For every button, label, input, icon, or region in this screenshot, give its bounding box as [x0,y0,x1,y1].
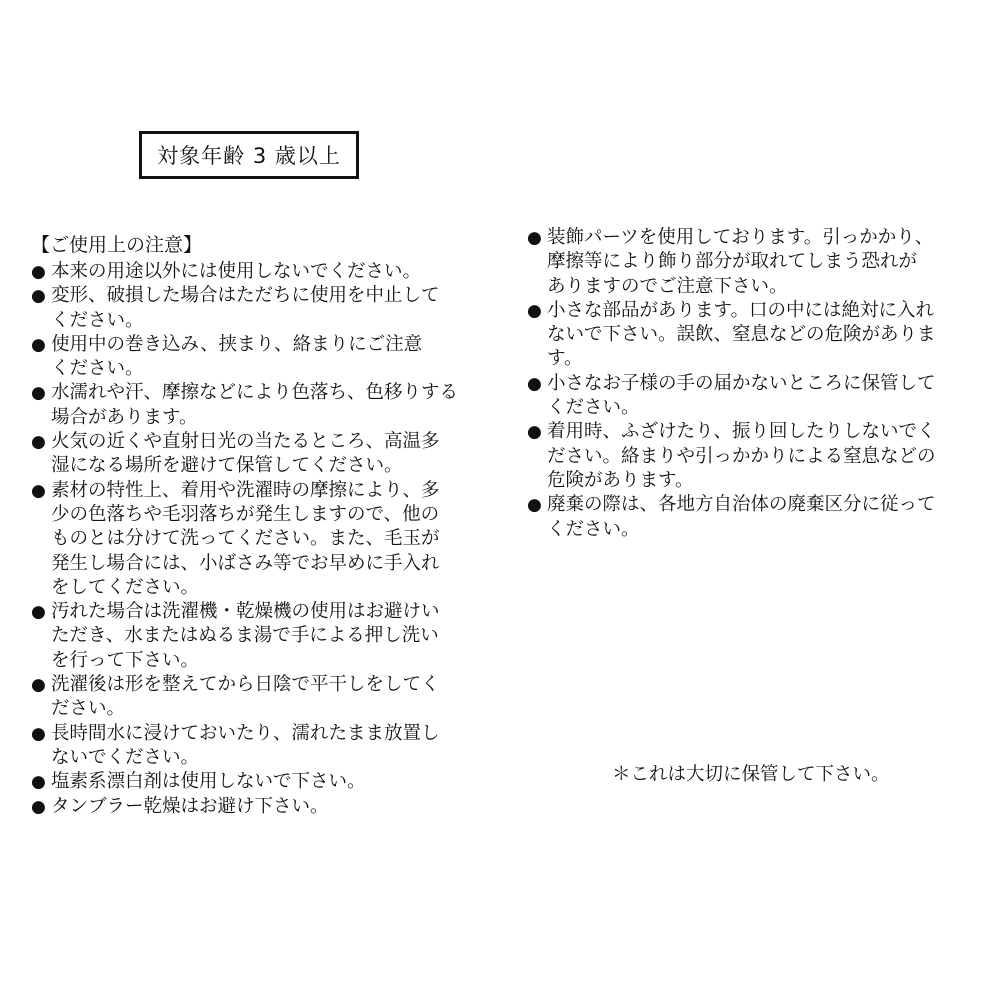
caution-text: 洗濯後は形を整えてから日陰で平干しをしてく ださい。 [51,673,440,722]
caution-text: 使用中の巻き込み、挟まり、絡まりにご注意 ください。 [51,333,422,382]
caution-item: ●変形、破損した場合はただちに使用を中止して ください。 [31,284,501,333]
caution-text: 廃棄の際は、各地方自治体の廃棄区分に従って ください。 [547,493,936,542]
bullet-icon: ● [527,420,547,493]
caution-item: ●使用中の巻き込み、挟まり、絡まりにご注意 ください。 [31,333,501,382]
caution-item: ●火気の近くや直射日光の当たるところ、高温多 湿になる場所を避けて保管してくださ… [31,430,501,479]
caution-item: ●水濡れや汗、摩擦などにより色落ち、色移りする 場合があります。 [31,381,501,430]
caution-item: ●タンブラー乾燥はお避け下さい。 [31,795,501,819]
bullet-icon: ● [31,722,51,771]
cautions-left-column: 【ご使用上の注意】 ●本来の用途以外には使用しないでください。●変形、破損した場… [31,232,501,819]
cautions-right-column: ●装飾パーツを使用しております。引っかかり、 摩擦等により飾り部分が取れてしまう… [527,226,987,542]
caution-text: 長時間水に浸けておいたり、濡れたまま放置し ないでください。 [51,722,440,771]
bullet-icon: ● [31,260,51,284]
right-list: ●装飾パーツを使用しております。引っかかり、 摩擦等により飾り部分が取れてしまう… [527,226,987,542]
section-heading: 【ご使用上の注意】 [31,232,501,258]
bullet-icon: ● [31,600,51,673]
caution-text: 変形、破損した場合はただちに使用を中止して ください。 [51,284,440,333]
caution-item: ●洗濯後は形を整えてから日陰で平干しをしてく ださい。 [31,673,501,722]
bullet-icon: ● [527,226,547,299]
bullet-icon: ● [31,479,51,600]
caution-item: ●長時間水に浸けておいたり、濡れたまま放置し ないでください。 [31,722,501,771]
caution-text: 着用時、ふざけたり、振り回したりしないでく ださい。絡まりや引っかかりによる窒息… [547,420,936,493]
caution-item: ●塩素系漂白剤は使用しないで下さい。 [31,770,501,794]
caution-text: タンブラー乾燥はお避け下さい。 [51,795,329,819]
target-age-label: 対象年齢 3 歳以上 [157,140,341,170]
bullet-icon: ● [527,299,547,372]
target-age-box: 対象年齢 3 歳以上 [139,131,359,179]
footnote: ＊これは大切に保管して下さい。 [612,760,890,786]
caution-text: 塩素系漂白剤は使用しないで下さい。 [51,770,366,794]
caution-item: ●汚れた場合は洗濯機・乾燥機の使用はお避けい ただき、水またはぬるま湯で手による… [31,600,501,673]
caution-item: ●本来の用途以外には使用しないでください。 [31,260,501,284]
bullet-icon: ● [31,381,51,430]
caution-text: 小さなお子様の手の届かないところに保管して ください。 [547,372,936,421]
caution-item: ●着用時、ふざけたり、振り回したりしないでく ださい。絡まりや引っかかりによる窒… [527,420,987,493]
caution-text: 汚れた場合は洗濯機・乾燥機の使用はお避けい ただき、水またはぬるま湯で手による押… [51,600,440,673]
bullet-icon: ● [31,770,51,794]
bullet-icon: ● [31,673,51,722]
caution-item: ●小さな部品があります。口の中には絶対に入れ ないで下さい。誤飲、窒息などの危険… [527,299,987,372]
bullet-icon: ● [31,284,51,333]
bullet-icon: ● [31,795,51,819]
caution-item: ●素材の特性上、着用や洗濯時の摩擦により、多 少の色落ちや毛羽落ちが発生しますの… [31,479,501,600]
caution-item: ●廃棄の際は、各地方自治体の廃棄区分に従って ください。 [527,493,987,542]
caution-text: 小さな部品があります。口の中には絶対に入れ ないで下さい。誤飲、窒息などの危険が… [547,299,936,372]
caution-item: ●小さなお子様の手の届かないところに保管して ください。 [527,372,987,421]
caution-text: 装飾パーツを使用しております。引っかかり、 摩擦等により飾り部分が取れてしまう恐… [547,226,933,299]
bullet-icon: ● [31,333,51,382]
caution-text: 本来の用途以外には使用しないでください。 [51,260,421,284]
caution-text: 火気の近くや直射日光の当たるところ、高温多 湿になる場所を避けて保管してください… [51,430,440,479]
bullet-icon: ● [527,493,547,542]
bullet-icon: ● [31,430,51,479]
caution-text: 水濡れや汗、摩擦などにより色落ち、色移りする 場合があります。 [51,381,458,430]
caution-item: ●装飾パーツを使用しております。引っかかり、 摩擦等により飾り部分が取れてしまう… [527,226,987,299]
left-list: ●本来の用途以外には使用しないでください。●変形、破損した場合はただちに使用を中… [31,260,501,819]
bullet-icon: ● [527,372,547,421]
caution-text: 素材の特性上、着用や洗濯時の摩擦により、多 少の色落ちや毛羽落ちが発生しますので… [51,479,440,600]
